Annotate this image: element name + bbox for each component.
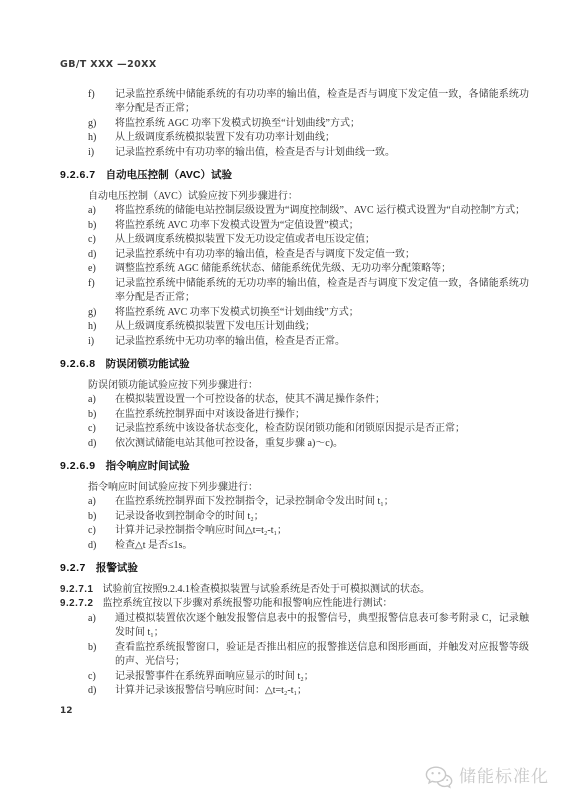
clause-heading: 9.2.6.7自动电压控制（AVC）试验 bbox=[60, 168, 529, 183]
list-item-text: 记录报警事件在系统界面响应显示的时间 t₂； bbox=[115, 670, 529, 685]
list-item: i)记录监控系统中有功功率的输出值，检查是否与计划曲线一致。 bbox=[88, 146, 529, 161]
list-item: f)记录监控系统中储能系统的无功功率的输出值，检查是否与调度下发定值一致，各储能… bbox=[88, 277, 529, 306]
list-item: g)将监控系统 AGC 功率下发模式切换至“计划曲线”方式； bbox=[88, 117, 529, 132]
watermark: 储能标准化 bbox=[424, 765, 549, 789]
list-item-label: b) bbox=[88, 641, 115, 670]
list-item-text: 从上级调度系统模拟装置下发无功设定值或者电压设定值； bbox=[115, 233, 529, 248]
list-item-text: 记录监控系统中有功功率的输出值，检查是否与调度下发定值一致； bbox=[115, 248, 529, 263]
procedure-intro: 指令响应时间试验应按下列步骤进行： bbox=[88, 481, 529, 496]
list-item-label: b) bbox=[88, 219, 115, 234]
list-item: h)从上级调度系统模拟装置下发电压计划曲线； bbox=[88, 320, 529, 335]
clause-heading-number: 9.2.7 bbox=[60, 562, 86, 574]
list-item: h)从上级调度系统模拟装置下发有功功率计划曲线； bbox=[88, 131, 529, 146]
list-item-label: g) bbox=[88, 306, 115, 321]
list-item: a)在模拟装置设置一个可控设备的状态，使其不满足操作条件； bbox=[88, 393, 529, 408]
list-item: c)记录监控系统中该设备状态变化，检查防误闭锁功能和闭锁原因提示是否正常； bbox=[88, 422, 529, 437]
list-item-text: 记录设备收到控制命令的时间 t₂； bbox=[115, 510, 529, 525]
wechat-icon bbox=[424, 765, 454, 789]
clause-heading: 9.2.7报警试验 bbox=[60, 561, 529, 576]
list-item: d)检查△t 是否≤1s。 bbox=[88, 539, 529, 554]
list-item-label: c) bbox=[88, 422, 115, 437]
clause-heading: 9.2.6.9指令响应时间试验 bbox=[60, 459, 529, 474]
numbered-clause-text: 试验前宜按照9.2.4.1检查模拟装置与试验系统是否处于可模拟测试的状态。 bbox=[102, 584, 430, 595]
numbered-clause: 9.2.7.2监控系统宜按以下步骤对系统报警功能和报警响应性能进行测试： bbox=[60, 597, 529, 612]
list-item-text: 查看监控系统报警窗口，验证是否推出相应的报警推送信息和图形画面，并触发对应报警等… bbox=[115, 641, 529, 670]
list-item-label: a) bbox=[88, 393, 115, 408]
list-item-text: 将监控系统 AVC 功率下发模式设置为“定值设置”模式； bbox=[115, 219, 529, 234]
procedure-intro: 防误闭锁功能试验应按下列步骤进行： bbox=[88, 379, 529, 394]
standard-number-header: GB/T XXX —20XX bbox=[60, 58, 529, 73]
list-item-text: 从上级调度系统模拟装置下发有功功率计划曲线； bbox=[115, 131, 529, 146]
procedure-intro: 自动电压控制（AVC）试验应按下列步骤进行： bbox=[88, 190, 529, 205]
document-body: f)记录监控系统中储能系统的有功功率的输出值，检查是否与调度下发定值一致，各储能… bbox=[60, 88, 529, 699]
list-item: d)计算并记录该报警信号响应时间：△t=t₂-t₁； bbox=[88, 684, 529, 699]
list-item-label: f) bbox=[88, 277, 115, 306]
list-item-text: 计算并记录控制指令响应时间△t=t₂-t₁； bbox=[115, 524, 529, 539]
list-item-text: 记录监控系统中该设备状态变化，检查防误闭锁功能和闭锁原因提示是否正常； bbox=[115, 422, 529, 437]
list-item: f)记录监控系统中储能系统的有功功率的输出值，检查是否与调度下发定值一致，各储能… bbox=[88, 88, 529, 117]
list-item: d)依次测试储能电站其他可控设备，重复步骤 a)～c)。 bbox=[88, 437, 529, 452]
list-item-label: a) bbox=[88, 204, 115, 219]
clause-heading-title: 指令响应时间试验 bbox=[106, 460, 190, 472]
list-item-label: c) bbox=[88, 233, 115, 248]
list-item-label: a) bbox=[88, 495, 115, 510]
list-item: e)调整监控系统 AGC 储能系统状态、储能系统优先级、无功功率分配策略等； bbox=[88, 262, 529, 277]
list-item: a)通过模拟装置依次逐个触发报警信息表中的报警信号，典型报警信息表可参考附录 C… bbox=[88, 612, 529, 641]
page-number: 12 bbox=[60, 704, 529, 719]
numbered-clause-text: 监控系统宜按以下步骤对系统报警功能和报警响应性能进行测试： bbox=[102, 598, 392, 609]
list-item-label: d) bbox=[88, 437, 115, 452]
list-item-text: 在监控系统控制界面下发控制指令，记录控制命令发出时间 t₁； bbox=[115, 495, 529, 510]
list-item-text: 计算并记录该报警信号响应时间：△t=t₂-t₁； bbox=[115, 684, 529, 699]
watermark-label: 储能标准化 bbox=[459, 770, 549, 785]
list-item-text: 通过模拟装置依次逐个触发报警信息表中的报警信号，典型报警信息表可参考附录 C，记… bbox=[115, 612, 529, 641]
list-item: a)将监控系统的储能电站控制层级设置为“调度控制级”、AVC 运行模式设置为“自… bbox=[88, 204, 529, 219]
list-item-label: c) bbox=[88, 670, 115, 685]
clause-heading-number: 9.2.6.9 bbox=[60, 460, 96, 472]
list-item-label: e) bbox=[88, 262, 115, 277]
list-item-text: 检查△t 是否≤1s。 bbox=[115, 539, 529, 554]
clause-heading: 9.2.6.8防误闭锁功能试验 bbox=[60, 357, 529, 372]
list-item-text: 将监控系统 AVC 功率下发模式切换至“计划曲线”方式； bbox=[115, 306, 529, 321]
list-item-label: i) bbox=[88, 146, 115, 161]
clause-heading-title: 报警试验 bbox=[96, 562, 138, 574]
list-item-text: 记录监控系统中储能系统的有功功率的输出值，检查是否与调度下发定值一致，各储能系统… bbox=[115, 88, 529, 117]
clause-heading-number: 9.2.6.8 bbox=[60, 358, 96, 370]
list-item-label: b) bbox=[88, 408, 115, 423]
list-item-label: b) bbox=[88, 510, 115, 525]
list-item: c)计算并记录控制指令响应时间△t=t₂-t₁； bbox=[88, 524, 529, 539]
list-item: c)从上级调度系统模拟装置下发无功设定值或者电压设定值； bbox=[88, 233, 529, 248]
clause-heading-title: 自动电压控制（AVC）试验 bbox=[106, 169, 232, 181]
numbered-clause-number: 9.2.7.1 bbox=[60, 584, 93, 595]
list-item-text: 调整监控系统 AGC 储能系统状态、储能系统优先级、无功功率分配策略等； bbox=[115, 262, 529, 277]
list-item: b)在监控系统控制界面中对该设备进行操作； bbox=[88, 408, 529, 423]
list-item-text: 记录监控系统中有功功率的输出值，检查是否与计划曲线一致。 bbox=[115, 146, 529, 161]
list-item-text: 记录监控系统中储能系统的无功功率的输出值，检查是否与调度下发定值一致，各储能系统… bbox=[115, 277, 529, 306]
list-item-text: 在监控系统控制界面中对该设备进行操作； bbox=[115, 408, 529, 423]
list-item-label: h) bbox=[88, 131, 115, 146]
list-item: c)记录报警事件在系统界面响应显示的时间 t₂； bbox=[88, 670, 529, 685]
list-item-label: d) bbox=[88, 539, 115, 554]
list-item-label: d) bbox=[88, 684, 115, 699]
list-item-label: a) bbox=[88, 612, 115, 641]
list-item-text: 将监控系统的储能电站控制层级设置为“调度控制级”、AVC 运行模式设置为“自动控… bbox=[115, 204, 529, 219]
list-item: a)在监控系统控制界面下发控制指令，记录控制命令发出时间 t₁； bbox=[88, 495, 529, 510]
list-item: b)查看监控系统报警窗口，验证是否推出相应的报警推送信息和图形画面，并触发对应报… bbox=[88, 641, 529, 670]
list-item-text: 在模拟装置设置一个可控设备的状态，使其不满足操作条件； bbox=[115, 393, 529, 408]
list-item-label: c) bbox=[88, 524, 115, 539]
list-item: b)记录设备收到控制命令的时间 t₂； bbox=[88, 510, 529, 525]
document-page: GB/T XXX —20XX f)记录监控系统中储能系统的有功功率的输出值，检查… bbox=[0, 0, 565, 800]
list-item-label: f) bbox=[88, 88, 115, 117]
clause-heading-number: 9.2.6.7 bbox=[60, 169, 96, 181]
list-item-text: 依次测试储能电站其他可控设备，重复步骤 a)～c)。 bbox=[115, 437, 529, 452]
list-item-text: 从上级调度系统模拟装置下发电压计划曲线； bbox=[115, 320, 529, 335]
list-item: b)将监控系统 AVC 功率下发模式设置为“定值设置”模式； bbox=[88, 219, 529, 234]
list-item: d)记录监控系统中有功功率的输出值，检查是否与调度下发定值一致； bbox=[88, 248, 529, 263]
list-item-label: h) bbox=[88, 320, 115, 335]
list-item: i)记录监控系统中无功功率的输出值，检查是否正常。 bbox=[88, 335, 529, 350]
list-item-label: g) bbox=[88, 117, 115, 132]
list-item: g)将监控系统 AVC 功率下发模式切换至“计划曲线”方式； bbox=[88, 306, 529, 321]
list-item-text: 记录监控系统中无功功率的输出值，检查是否正常。 bbox=[115, 335, 529, 350]
list-item-text: 将监控系统 AGC 功率下发模式切换至“计划曲线”方式； bbox=[115, 117, 529, 132]
numbered-clause: 9.2.7.1试验前宜按照9.2.4.1检查模拟装置与试验系统是否处于可模拟测试… bbox=[60, 583, 529, 598]
list-item-label: d) bbox=[88, 248, 115, 263]
clause-heading-title: 防误闭锁功能试验 bbox=[106, 358, 190, 370]
list-item-label: i) bbox=[88, 335, 115, 350]
numbered-clause-number: 9.2.7.2 bbox=[60, 598, 93, 609]
